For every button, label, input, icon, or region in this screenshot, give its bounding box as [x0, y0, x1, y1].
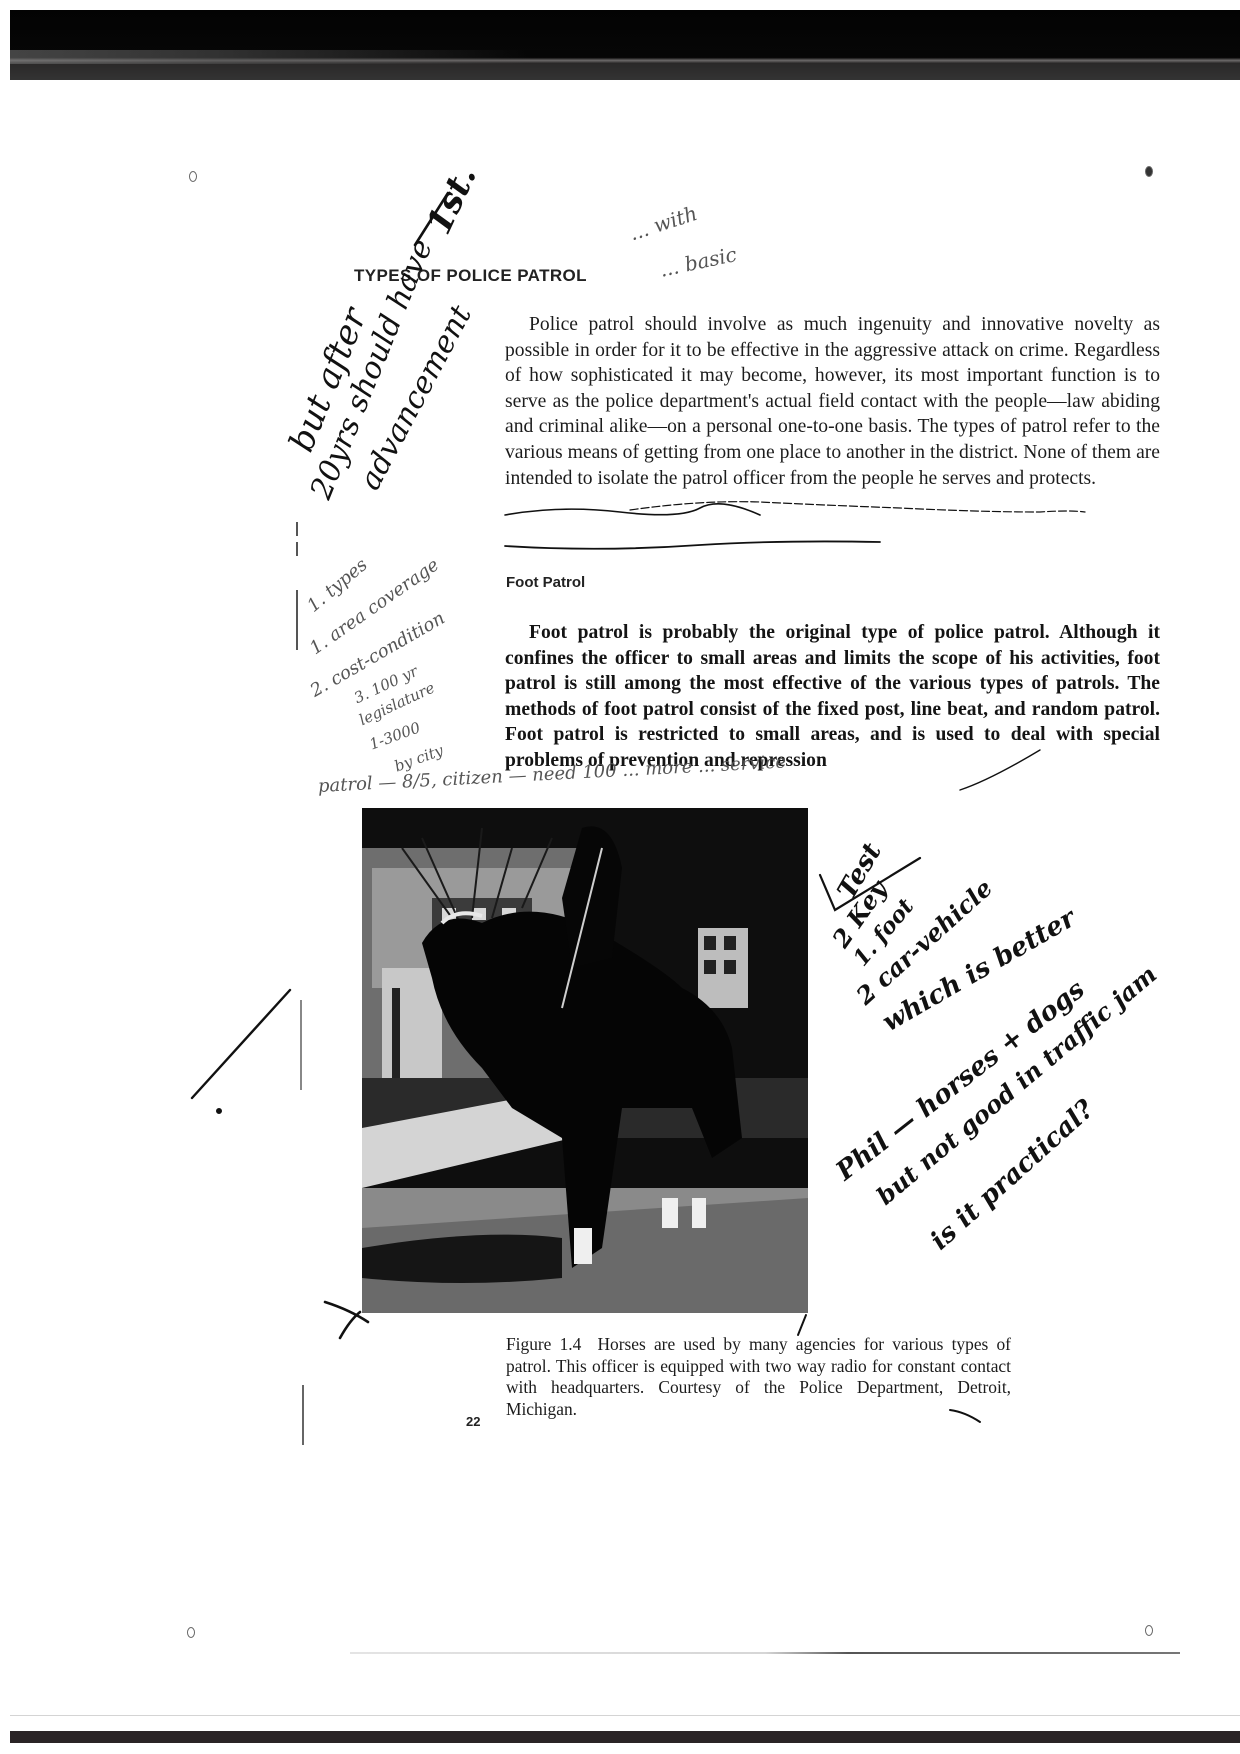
figure-caption-text: Horses are used by many agencies for var…: [506, 1334, 1011, 1419]
scan-border-bottom: [10, 1731, 1240, 1743]
punch-hole-icon: [1145, 166, 1153, 177]
page-number: 22: [466, 1414, 480, 1429]
margin-mark: [302, 1385, 304, 1445]
page-bottom-rule: [350, 1652, 1180, 1654]
scan-border-top: [10, 10, 1240, 80]
subsection-title: Foot Patrol: [506, 574, 585, 591]
annotation-top-right-1: ... with: [626, 201, 700, 245]
punch-hole-icon: [1145, 1625, 1153, 1636]
paragraph-intro: Police patrol should involve as much ing…: [505, 312, 1160, 491]
scan-edge-line: [10, 1715, 1240, 1716]
margin-mark: [296, 522, 298, 536]
margin-mark: [296, 542, 298, 556]
margin-mark: [296, 590, 298, 650]
margin-mark: [300, 1000, 302, 1090]
annotation-1st: 1st.: [419, 160, 485, 241]
horse-photo-illustration: [362, 808, 808, 1313]
paragraph-foot-patrol: Foot patrol is probably the original typ…: [505, 620, 1160, 774]
annotation-is-it-practical: is it practical?: [925, 1094, 1100, 1256]
figure-label: Figure 1.4: [506, 1334, 581, 1354]
punch-hole-icon: [189, 171, 197, 182]
annotation-top-right-2: ... basic: [658, 242, 739, 282]
punch-hole-icon: [187, 1627, 195, 1638]
figure-photo-mounted-officer: [362, 808, 808, 1313]
figure-caption: Figure 1.4 Horses are used by many agenc…: [506, 1334, 1011, 1420]
